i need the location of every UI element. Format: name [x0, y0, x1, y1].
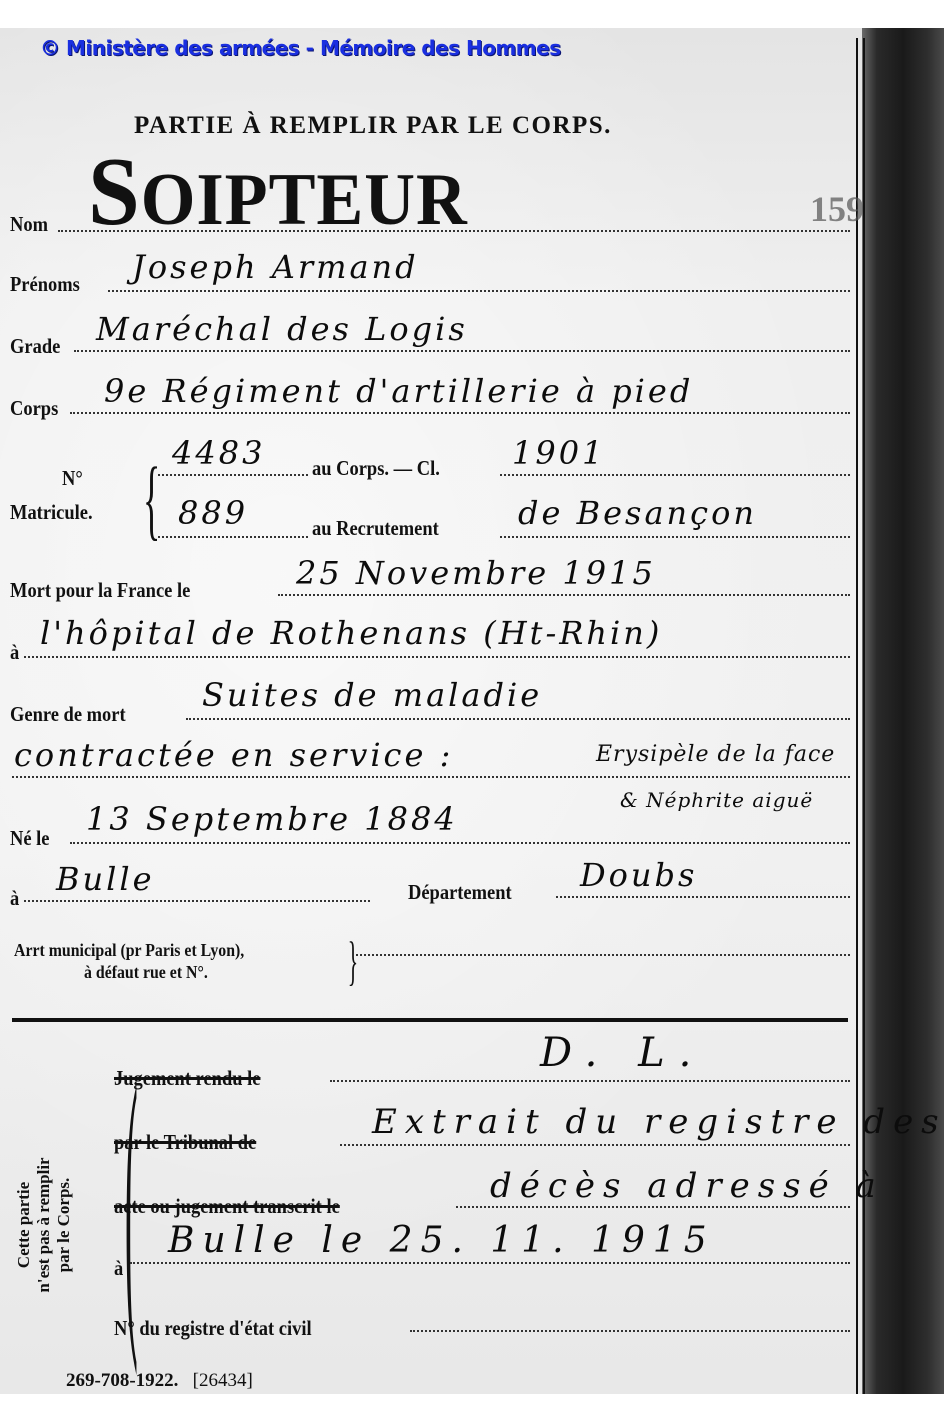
mort-value: 25 Novembre 1915	[296, 554, 656, 592]
a-label: à	[114, 1256, 123, 1281]
matricule-label: Matricule.	[10, 500, 93, 525]
recrutement-line	[500, 536, 850, 538]
matricule-no-label: N°	[62, 466, 83, 491]
ne-le-label: Né le	[10, 826, 50, 851]
lieu-naissance-value: Bulle	[56, 860, 155, 898]
acte-line	[456, 1206, 850, 1208]
lieu-mort-label: à	[10, 640, 19, 665]
acte-value: décès adressé à	[490, 1166, 884, 1206]
prenoms-line	[108, 290, 850, 292]
departement-label: Département	[408, 880, 512, 905]
acte-label: acte ou jugement transcrit le	[114, 1194, 340, 1219]
genre-mort-note: Erysipèle de la face	[596, 742, 835, 767]
mort-line	[278, 594, 850, 596]
tribunal-label: par le Tribunal de	[114, 1130, 256, 1155]
prenoms-label: Prénoms	[10, 272, 80, 297]
nom-label: Nom	[10, 212, 48, 237]
classe-value: 1901	[512, 434, 605, 472]
arr-municipal-label: Arrt municipal (pr Paris et Lyon),	[14, 940, 244, 961]
genre-mort-line2: contractée en service :	[14, 736, 453, 774]
genre-mort-line2-rule	[12, 776, 850, 778]
tribunal-line	[340, 1144, 850, 1146]
arr-municipal-line	[356, 954, 850, 956]
grade-label: Grade	[10, 334, 60, 359]
ne-le-line	[70, 842, 850, 844]
a-line	[130, 1262, 850, 1264]
mort-label: Mort pour la France le	[10, 578, 190, 603]
corps-label: Corps	[10, 396, 58, 421]
grade-line	[74, 350, 850, 352]
arr-municipal-label-2: à défaut rue et N°.	[84, 962, 208, 983]
recrutement-value: de Besançon	[518, 494, 757, 532]
tribunal-value: Extrait du registre des	[372, 1102, 944, 1142]
au-recrutement-label: au Recrutement	[312, 516, 439, 541]
lieu-naissance-line	[24, 900, 370, 902]
corps-line	[70, 412, 850, 414]
genre-mort-note2: & Néphrite aiguë	[620, 788, 813, 812]
corps-number-line	[158, 474, 308, 476]
a-value: Bulle le 25. 11. 1915	[168, 1220, 715, 1261]
jugement-label: Jugement rendu le	[114, 1066, 260, 1091]
recrutement-number-value: 889	[178, 494, 248, 532]
registre-line	[410, 1330, 850, 1332]
registre-label: N° du registre d'état civil	[114, 1316, 312, 1341]
recrutement-number-line	[158, 536, 308, 538]
jugement-value: D. L.	[540, 1030, 705, 1076]
page-stamp-number: 159	[810, 188, 864, 230]
lieu-mort-line	[24, 656, 850, 658]
side-note: Cette partie n'est pas à remplir par le …	[14, 1100, 74, 1350]
genre-mort-line	[186, 718, 850, 720]
footer-print-ref: 269-708-1922. [26434]	[66, 1370, 253, 1392]
departement-line	[556, 896, 850, 898]
ne-le-value: 13 Septembre 1884	[86, 800, 458, 838]
prenoms-value: Joseph Armand	[132, 248, 419, 286]
departement-value: Doubs	[580, 856, 697, 894]
genre-mort-line1: Suites de maladie	[202, 676, 542, 714]
grade-value: Maréchal des Logis	[96, 310, 468, 348]
au-corps-label: au Corps. — Cl.	[312, 456, 440, 481]
lieu-naissance-label: à	[10, 886, 19, 911]
classe-line	[500, 474, 850, 476]
copyright-watermark: © Ministère des armées - Mémoire des Hom…	[40, 36, 561, 60]
section-divider	[12, 1018, 848, 1022]
lieu-mort-value: l'hôpital de Rothenans (Ht-Rhin)	[40, 614, 662, 652]
corps-value: 9e Régiment d'artillerie à pied	[104, 372, 693, 410]
corps-number-value: 4483	[172, 434, 265, 472]
jugement-line	[330, 1080, 850, 1082]
arr-brace: }	[348, 930, 358, 992]
nom-value: SOIPTEUR	[88, 136, 468, 248]
genre-mort-label: Genre de mort	[10, 702, 126, 727]
